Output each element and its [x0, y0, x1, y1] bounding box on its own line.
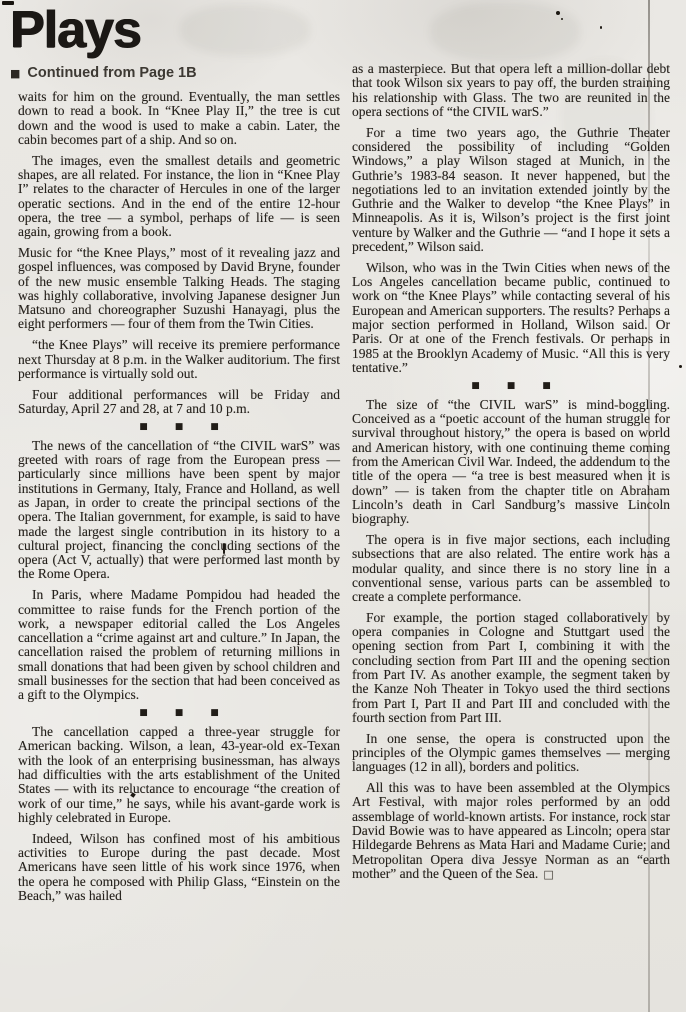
divider-square-icon: ■	[139, 709, 148, 718]
divider-square-icon: ■	[507, 382, 516, 391]
ink-speck-artifact	[561, 18, 563, 20]
page-title: Plays	[10, 2, 141, 58]
section-divider: ■■■	[18, 709, 340, 718]
article-paragraph: The images, even the smallest details an…	[18, 154, 340, 240]
article-paragraph: as a masterpiece. But that opera left a …	[352, 62, 670, 119]
article-column-left: waits for him on the ground. Eventually,…	[18, 90, 340, 910]
section-divider: ■■■	[352, 382, 670, 391]
article-paragraph: The news of the cancellation of “the CIV…	[18, 439, 340, 582]
article-paragraph: The opera is in five major sections, eac…	[352, 533, 670, 604]
article-paragraph: waits for him on the ground. Eventually,…	[18, 90, 340, 147]
newspaper-scan-page: Plays ■ Continued from Page 1B waits for…	[0, 0, 686, 1012]
article-paragraph: Four additional performances will be Fri…	[18, 388, 340, 417]
continued-from-label: Continued from Page 1B	[27, 65, 196, 81]
end-of-article-icon: □	[543, 868, 553, 881]
article-paragraph: The size of “the CIVIL warS” is mind-bog…	[352, 398, 670, 527]
article-paragraph: The cancellation capped a three-year str…	[18, 725, 340, 825]
section-divider: ■■■	[18, 423, 340, 432]
article-paragraph: Wilson, who was in the Twin Cities when …	[352, 261, 670, 375]
square-bullet-icon: ■	[10, 68, 20, 79]
article-paragraph: Indeed, Wilson has confined most of his …	[18, 832, 340, 903]
article-paragraph: Music for “the Knee Plays,” most of it r…	[18, 246, 340, 332]
article-paragraph: All this was to have been assembled at t…	[352, 781, 670, 882]
article-paragraph: “the Knee Plays” will receive its premie…	[18, 338, 340, 381]
article-column-right: as a masterpiece. But that opera left a …	[352, 62, 670, 889]
divider-square-icon: ■	[175, 709, 184, 718]
article-paragraph: In Paris, where Madame Pompidou had head…	[18, 588, 340, 702]
continued-from-notice: ■ Continued from Page 1B	[10, 65, 197, 81]
divider-square-icon: ■	[210, 709, 219, 718]
ghost-print-artifact	[180, 4, 310, 56]
ink-speck-artifact	[600, 26, 602, 29]
divider-square-icon: ■	[471, 382, 480, 391]
divider-square-icon: ■	[542, 382, 551, 391]
article-paragraph: For example, the portion staged collabor…	[352, 611, 670, 725]
masthead: Plays	[10, 2, 141, 58]
article-paragraph: For a time two years ago, the Guthrie Th…	[352, 126, 670, 255]
divider-square-icon: ■	[210, 423, 219, 432]
divider-square-icon: ■	[175, 423, 184, 432]
ink-speck-artifact	[679, 365, 682, 368]
article-paragraph: In one sense, the opera is constructed u…	[352, 732, 670, 775]
divider-square-icon: ■	[139, 423, 148, 432]
ink-speck-artifact	[556, 11, 560, 15]
